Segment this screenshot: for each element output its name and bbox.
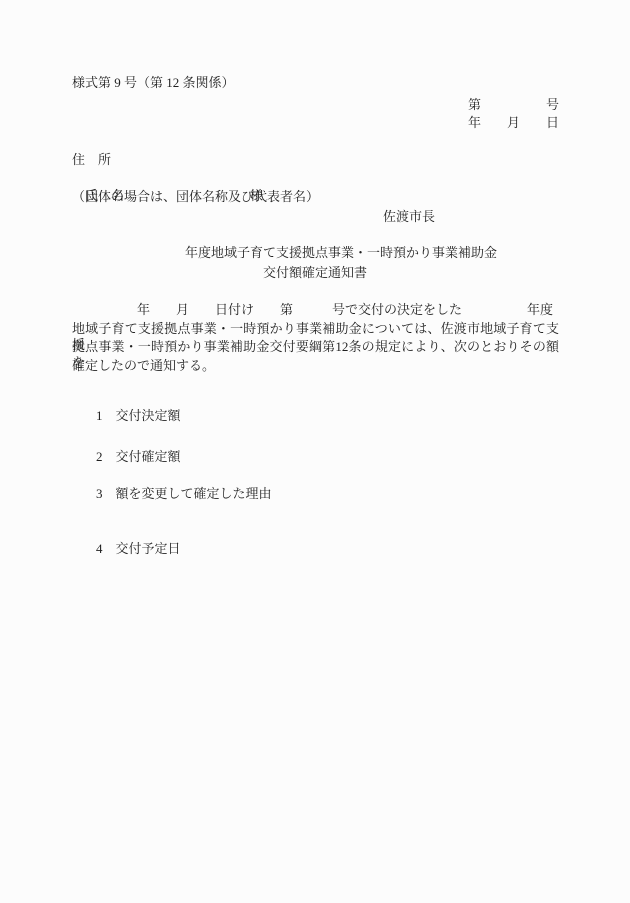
item-label: 交付決定額	[116, 408, 181, 423]
date-blank: 年 月 日	[468, 115, 559, 131]
item-label: 交付確定額	[116, 449, 181, 464]
item-label: 交付予定日	[116, 541, 181, 556]
list-item-scheduled-grant-date: 4交付予定日	[83, 525, 181, 572]
sender-mayor: 佐渡市長	[383, 209, 435, 225]
address-label: 住 所	[72, 152, 111, 168]
body-line1-date-number-blank: 年 月 日付け 第 号で交付の決定をした 年度	[72, 302, 559, 318]
doc-title-line2: 交付額確定通知書	[0, 265, 630, 281]
doc-number-blank: 第 号	[468, 97, 559, 113]
item-number: 3	[96, 486, 103, 501]
form-number: 様式第 9 号（第 12 条関係）	[72, 75, 235, 91]
item-label: 額を変更して確定した理由	[116, 486, 272, 501]
organization-note: （団体の場合は、団体名称及び代表者名）	[72, 189, 319, 205]
list-item-grant-decision-amount: 1交付決定額	[83, 392, 181, 439]
list-item-change-reason: 3額を変更して確定した理由	[83, 470, 272, 517]
item-number: 1	[96, 408, 103, 423]
doc-title-line1: 年度地域子育て支援拠点事業・一時預かり事業補助金	[0, 245, 630, 261]
body-line4: 確定したので通知する。	[72, 358, 559, 374]
item-number: 2	[96, 449, 103, 464]
document-page: 様式第 9 号（第 12 条関係） 第 号 年 月 日 住 所 氏 名様 （団体…	[0, 0, 630, 903]
item-number: 4	[96, 541, 103, 556]
